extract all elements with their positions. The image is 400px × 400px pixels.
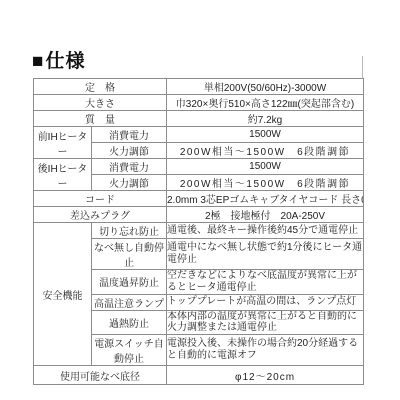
- safety-auto-off-label: 切り忘れ防止: [92, 223, 167, 239]
- table-row: 差込みプラグ 2極 接地極付 20A-250V: [34, 207, 364, 223]
- front-heater-label: 前IHヒーター: [34, 127, 92, 159]
- safety-overheat-label: 過熱防止: [92, 310, 167, 335]
- pan-diameter-value: φ12～20cm: [167, 366, 364, 385]
- table-row: コード 2.0mm 3芯EPゴムキャブタイヤコード 長さ0.7m: [34, 191, 364, 207]
- right-edge-line: [362, 56, 363, 79]
- safety-temp-rise-value: 空だきなどによりなべ底温度が異常に上がるとヒータ通電停止: [167, 270, 364, 295]
- table-row: 安全機能 切り忘れ防止 通電後、最終キー操作後約45分で通電停止: [34, 223, 364, 239]
- table-row: 後IHヒーター 消費電力 1500W: [34, 159, 364, 175]
- size-label: 大きさ: [34, 95, 167, 111]
- pan-diameter-label: 使用可能なべ底径: [34, 366, 167, 385]
- title-bullet-icon: ■: [32, 51, 44, 72]
- plug-value: 2極 接地極付 20A-250V: [167, 207, 364, 223]
- cord-label: コード: [34, 191, 167, 207]
- safety-hot-lamp-label: 高温注意ランプ: [92, 294, 167, 310]
- safety-auto-off-value: 通電後、最終キー操作後約45分で通電停止: [167, 223, 364, 239]
- safety-power-switch-value: 電源投入後、未操作の場合約20分経過すると自動的に電源オフ: [167, 335, 364, 366]
- spec-sheet: ■仕様 定 格 単相200V(50/60Hz)-3000W 大きさ 巾320×奥…: [0, 0, 400, 400]
- plug-label: 差込みプラグ: [34, 207, 167, 223]
- safety-power-switch-label: 電源スイッチ自動停止: [92, 335, 167, 366]
- safety-hot-lamp-value: トッププレートが高温の間は、ランプ点灯: [167, 294, 364, 310]
- rear-heater-label: 後IHヒーター: [34, 159, 92, 191]
- front-heater-heat-label: 火力調節: [92, 143, 167, 159]
- front-heater-power-value: 1500W: [167, 127, 364, 143]
- table-row: 質 量 約7.2kg: [34, 111, 364, 127]
- spec-table: 定 格 単相200V(50/60Hz)-3000W 大きさ 巾320×奥行510…: [33, 78, 364, 385]
- weight-value: 約7.2kg: [167, 111, 364, 127]
- safety-temp-rise-label: 温度過昇防止: [92, 270, 167, 295]
- rating-label: 定 格: [34, 79, 167, 95]
- table-row: 使用可能なべ底径 φ12～20cm: [34, 366, 364, 385]
- cord-value: 2.0mm 3芯EPゴムキャブタイヤコード 長さ0.7m: [167, 191, 364, 207]
- front-heater-heat-value: 200W相当～1500W 6段階調節: [167, 143, 364, 159]
- table-row: 前IHヒーター 消費電力 1500W: [34, 127, 364, 143]
- table-row: 定 格 単相200V(50/60Hz)-3000W: [34, 79, 364, 95]
- rear-heater-heat-label: 火力調節: [92, 175, 167, 191]
- page-title-text: 仕様: [45, 51, 85, 72]
- front-heater-power-label: 消費電力: [92, 127, 167, 143]
- page-title: ■仕様: [32, 51, 86, 74]
- safety-label: 安全機能: [34, 223, 92, 366]
- safety-no-pan-value: 通電中になべ無し状態で約1分後にヒータ通電停止: [167, 239, 364, 270]
- size-value: 巾320×奥行510×高さ122㎜(突起部含む): [167, 95, 364, 111]
- rear-heater-power-value: 1500W: [167, 159, 364, 175]
- rating-value: 単相200V(50/60Hz)-3000W: [167, 79, 364, 95]
- safety-no-pan-label: なべ無し自動停止: [92, 239, 167, 270]
- rear-heater-heat-value: 200W相当～1500W 6段階調節: [167, 175, 364, 191]
- rear-heater-power-label: 消費電力: [92, 159, 167, 175]
- safety-overheat-value: 本体内部の温度が異常に上がると自動的に火力調整または通電停止: [167, 310, 364, 335]
- table-row: 大きさ 巾320×奥行510×高さ122㎜(突起部含む): [34, 95, 364, 111]
- weight-label: 質 量: [34, 111, 167, 127]
